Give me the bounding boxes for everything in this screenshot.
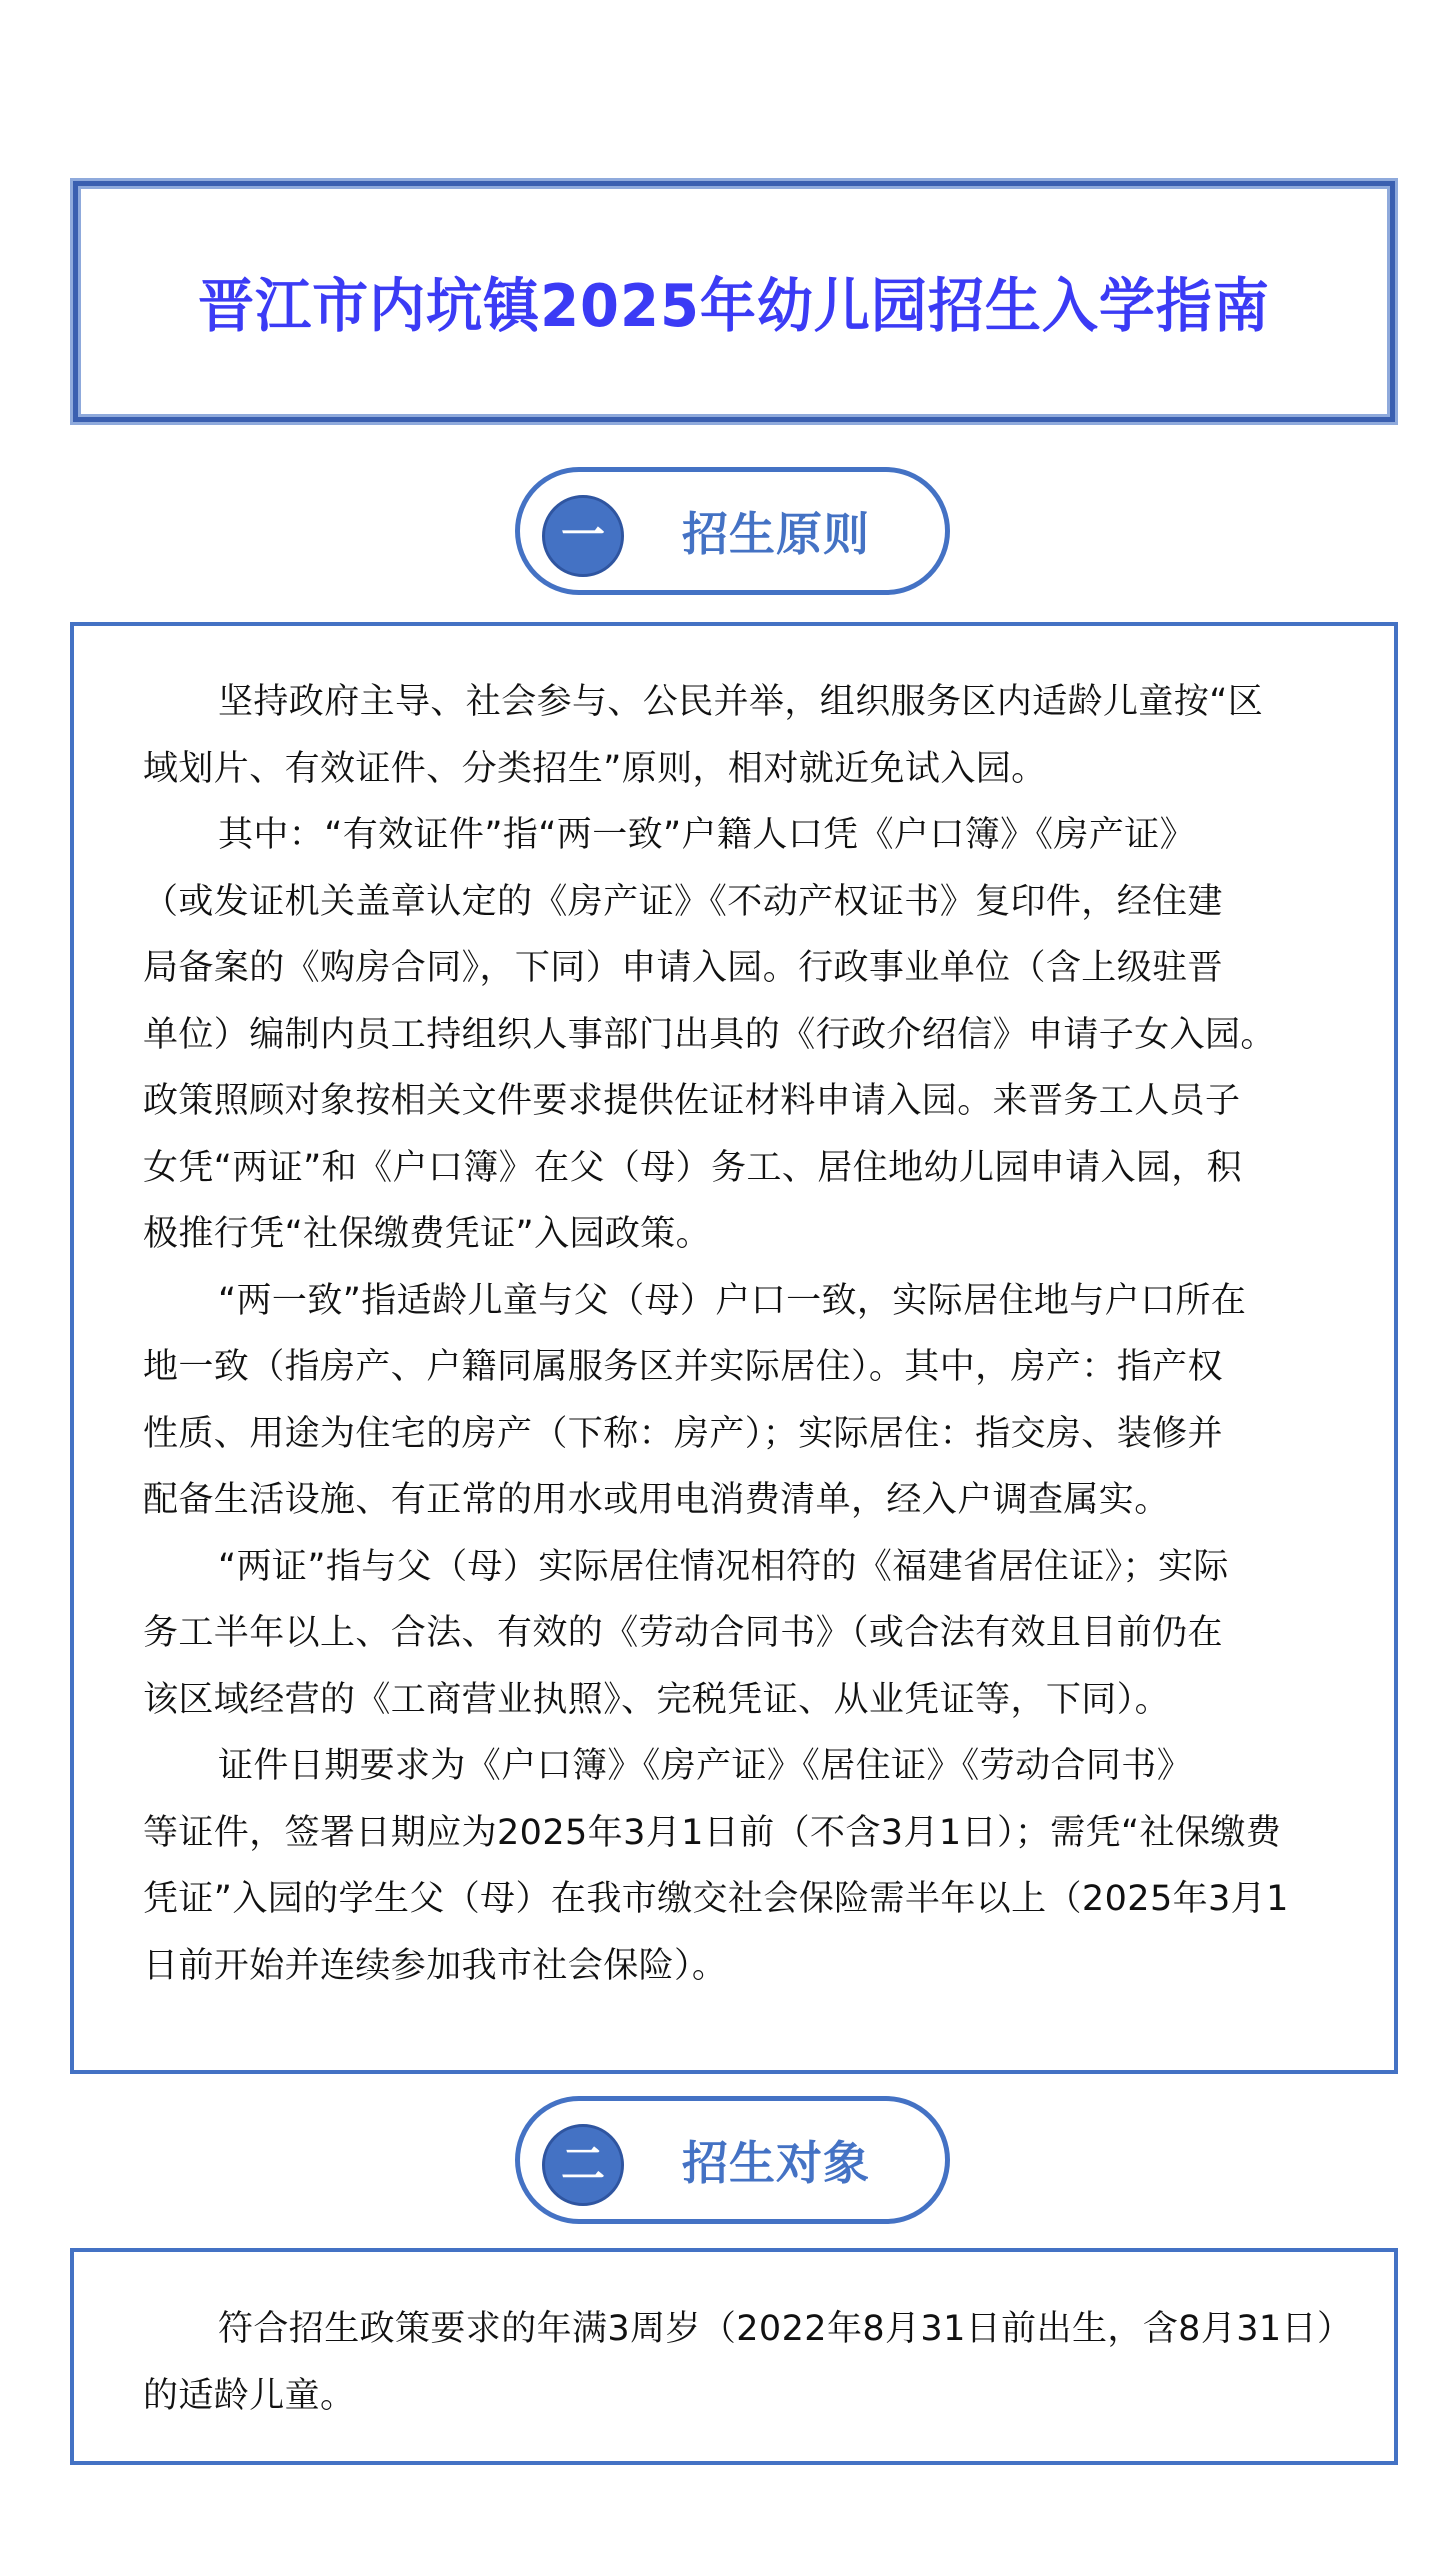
title-banner: 晋江市内坑镇2025年幼儿园招生入学指南 — [70, 178, 1398, 425]
section-body: 符合招生政策要求的年满3周岁（2022年8月31日前出生，含8月31日） 的适龄… — [143, 2296, 1333, 2429]
page-title: 晋江市内坑镇2025年幼儿园招生入学指南 — [198, 260, 1270, 344]
paragraph-line: 政策照顾对象按相关文件要求提供佐证材料申请入园。来晋务工人员子 — [143, 1068, 1333, 1135]
paragraph-line: 局备案的《购房合同》，下同）申请入园。行政事业单位（含上级驻晋 — [143, 935, 1333, 1002]
section-body: 坚持政府主导、社会参与、公民并举，组织服务区内适龄儿童按“区 域划片、有效证件、… — [143, 669, 1333, 1999]
paragraph-line: 等证件，签署日期应为2025年3月1日前（不含3月1日）；需凭“社保缴费 — [143, 1800, 1333, 1867]
paragraph-line: 符合招生政策要求的年满3周岁（2022年8月31日前出生，含8月31日） — [143, 2296, 1333, 2363]
paragraph-line: 性质、用途为住宅的房产（下称：房产）；实际居住：指交房、装修并 — [143, 1401, 1333, 1468]
paragraph-line: 日前开始并连续参加我市社会保险）。 — [143, 1933, 1333, 2000]
paragraph-line: 该区域经营的《工商营业执照》、完税凭证、从业凭证等，下同）。 — [143, 1667, 1333, 1734]
paragraph-line: 的适龄儿童。 — [143, 2363, 1333, 2430]
paragraph-line: 其中：“有效证件”指“两一致”户籍人口凭《户口簿》《房产证》 — [143, 802, 1333, 869]
paragraph-line: 女凭“两证”和《户口簿》在父（母）务工、居住地幼儿园申请入园，积 — [143, 1135, 1333, 1202]
paragraph-line: “两证”指与父（母）实际居住情况相符的《福建省居住证》；实际 — [143, 1534, 1333, 1601]
paragraph-line: 坚持政府主导、社会参与、公民并举，组织服务区内适龄儿童按“区 — [143, 669, 1333, 736]
section-header-principles: 一 招生原则 — [515, 467, 950, 595]
section-number-badge: 一 — [542, 495, 624, 577]
paragraph-line: 单位）编制内员工持组织人事部门出具的《行政介绍信》申请子女入园。 — [143, 1002, 1333, 1069]
section-heading: 招生原则 — [682, 472, 870, 590]
paragraph-line: （或发证机关盖章认定的《房产证》《不动产权证书》复印件，经住建 — [143, 869, 1333, 936]
section-number-badge: 二 — [542, 2124, 624, 2206]
paragraph-line: 务工半年以上、合法、有效的《劳动合同书》（或合法有效且目前仍在 — [143, 1600, 1333, 1667]
section-header-eligibility: 二 招生对象 — [515, 2096, 950, 2224]
section-content-eligibility: 符合招生政策要求的年满3周岁（2022年8月31日前出生，含8月31日） 的适龄… — [70, 2248, 1398, 2465]
paragraph-line: 配备生活设施、有正常的用水或用电消费清单，经入户调查属实。 — [143, 1467, 1333, 1534]
paragraph-line: “两一致”指适龄儿童与父（母）户口一致，实际居住地与户口所在 — [143, 1268, 1333, 1335]
paragraph-line: 地一致（指房产、户籍同属服务区并实际居住）。其中，房产：指产权 — [143, 1334, 1333, 1401]
paragraph-line: 凭证”入园的学生父（母）在我市缴交社会保险需半年以上（2025年3月1 — [143, 1866, 1333, 1933]
paragraph-line: 域划片、有效证件、分类招生”原则，相对就近免试入园。 — [143, 736, 1333, 803]
section-number: 二 — [561, 2143, 605, 2187]
paragraph-line: 极推行凭“社保缴费凭证”入园政策。 — [143, 1201, 1333, 1268]
section-heading: 招生对象 — [682, 2101, 870, 2219]
section-content-principles: 坚持政府主导、社会参与、公民并举，组织服务区内适龄儿童按“区 域划片、有效证件、… — [70, 622, 1398, 2074]
section-number: 一 — [561, 514, 605, 558]
paragraph-line: 证件日期要求为《户口簿》《房产证》《居住证》《劳动合同书》 — [143, 1733, 1333, 1800]
